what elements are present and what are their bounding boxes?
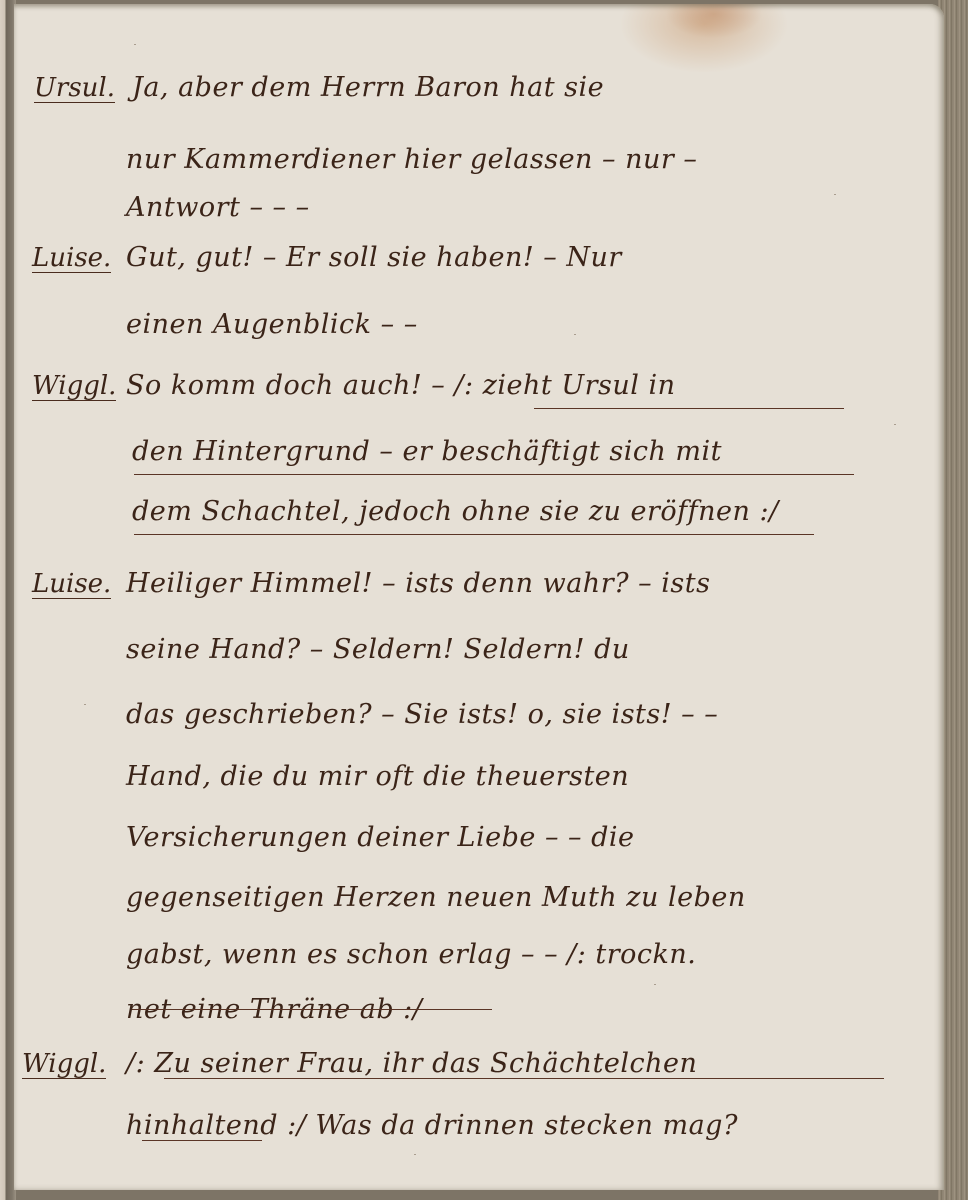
stage-direction-line: dem Schachtel, jedoch ohne sie zu eröffn… — [132, 496, 779, 527]
stage-direction-underline — [134, 534, 814, 535]
speaker-label: Luise. — [32, 244, 111, 273]
dialogue-line: Heiliger Himmel! – ists denn wahr? – ist… — [126, 568, 710, 599]
paper-speck — [574, 334, 576, 335]
paper-speck — [654, 984, 656, 985]
dialogue-line: Gut, gut! – Er soll sie haben! – Nur — [126, 242, 622, 273]
dialogue-line: gegenseitigen Herzen neuen Muth zu leben — [126, 882, 746, 913]
speaker-label: Luise. — [32, 570, 111, 599]
stage-direction-underline — [134, 474, 854, 475]
dialogue-line: Versicherungen deiner Liebe – – die — [126, 822, 635, 853]
dialogue-line: das geschrieben? – Sie ists! o, sie ists… — [126, 699, 718, 730]
dialogue-line: nur Kammerdiener hier gelassen – nur – — [126, 144, 697, 175]
paper-speck — [84, 704, 86, 705]
manuscript-page: Ursul. Ja, aber dem Herrn Baron hat sie … — [14, 4, 944, 1190]
speaker-label: Ursul. — [34, 74, 115, 103]
stage-direction-line: den Hintergrund – er beschäftigt sich mi… — [132, 436, 722, 467]
dialogue-line: Ja, aber dem Herrn Baron hat sie — [132, 72, 604, 103]
stage-direction-underline — [142, 1140, 262, 1141]
dialogue-line: Antwort – – – — [126, 192, 310, 223]
dialogue-line: gabst, wenn es schon erlag – – /: trockn… — [126, 939, 696, 970]
dialogue-line: seine Hand? – Seldern! Seldern! du — [126, 634, 630, 665]
paper-speck — [894, 424, 896, 425]
paper-speck — [414, 1154, 416, 1155]
speaker-label: Wiggl. — [32, 372, 116, 401]
paper-speck — [834, 194, 836, 195]
dialogue-line: Hand, die du mir oft die theuersten — [126, 761, 629, 792]
paper-speck — [134, 44, 136, 45]
manuscript-scan: Ursul. Ja, aber dem Herrn Baron hat sie … — [0, 0, 968, 1200]
stage-direction-underline — [534, 408, 844, 409]
dialogue-line: hinhaltend :/ Was da drinnen stecken mag… — [126, 1110, 738, 1141]
stage-direction-line: /: Zu seiner Frau, ihr das Schächtelchen — [126, 1048, 697, 1079]
dialogue-line: einen Augenblick – – — [126, 309, 418, 340]
stage-direction-underline — [132, 1009, 492, 1010]
dialogue-line: So komm doch auch! – /: zieht Ursul in — [126, 370, 675, 401]
speaker-label: Wiggl. — [22, 1050, 106, 1079]
stage-direction-underline — [164, 1078, 884, 1079]
